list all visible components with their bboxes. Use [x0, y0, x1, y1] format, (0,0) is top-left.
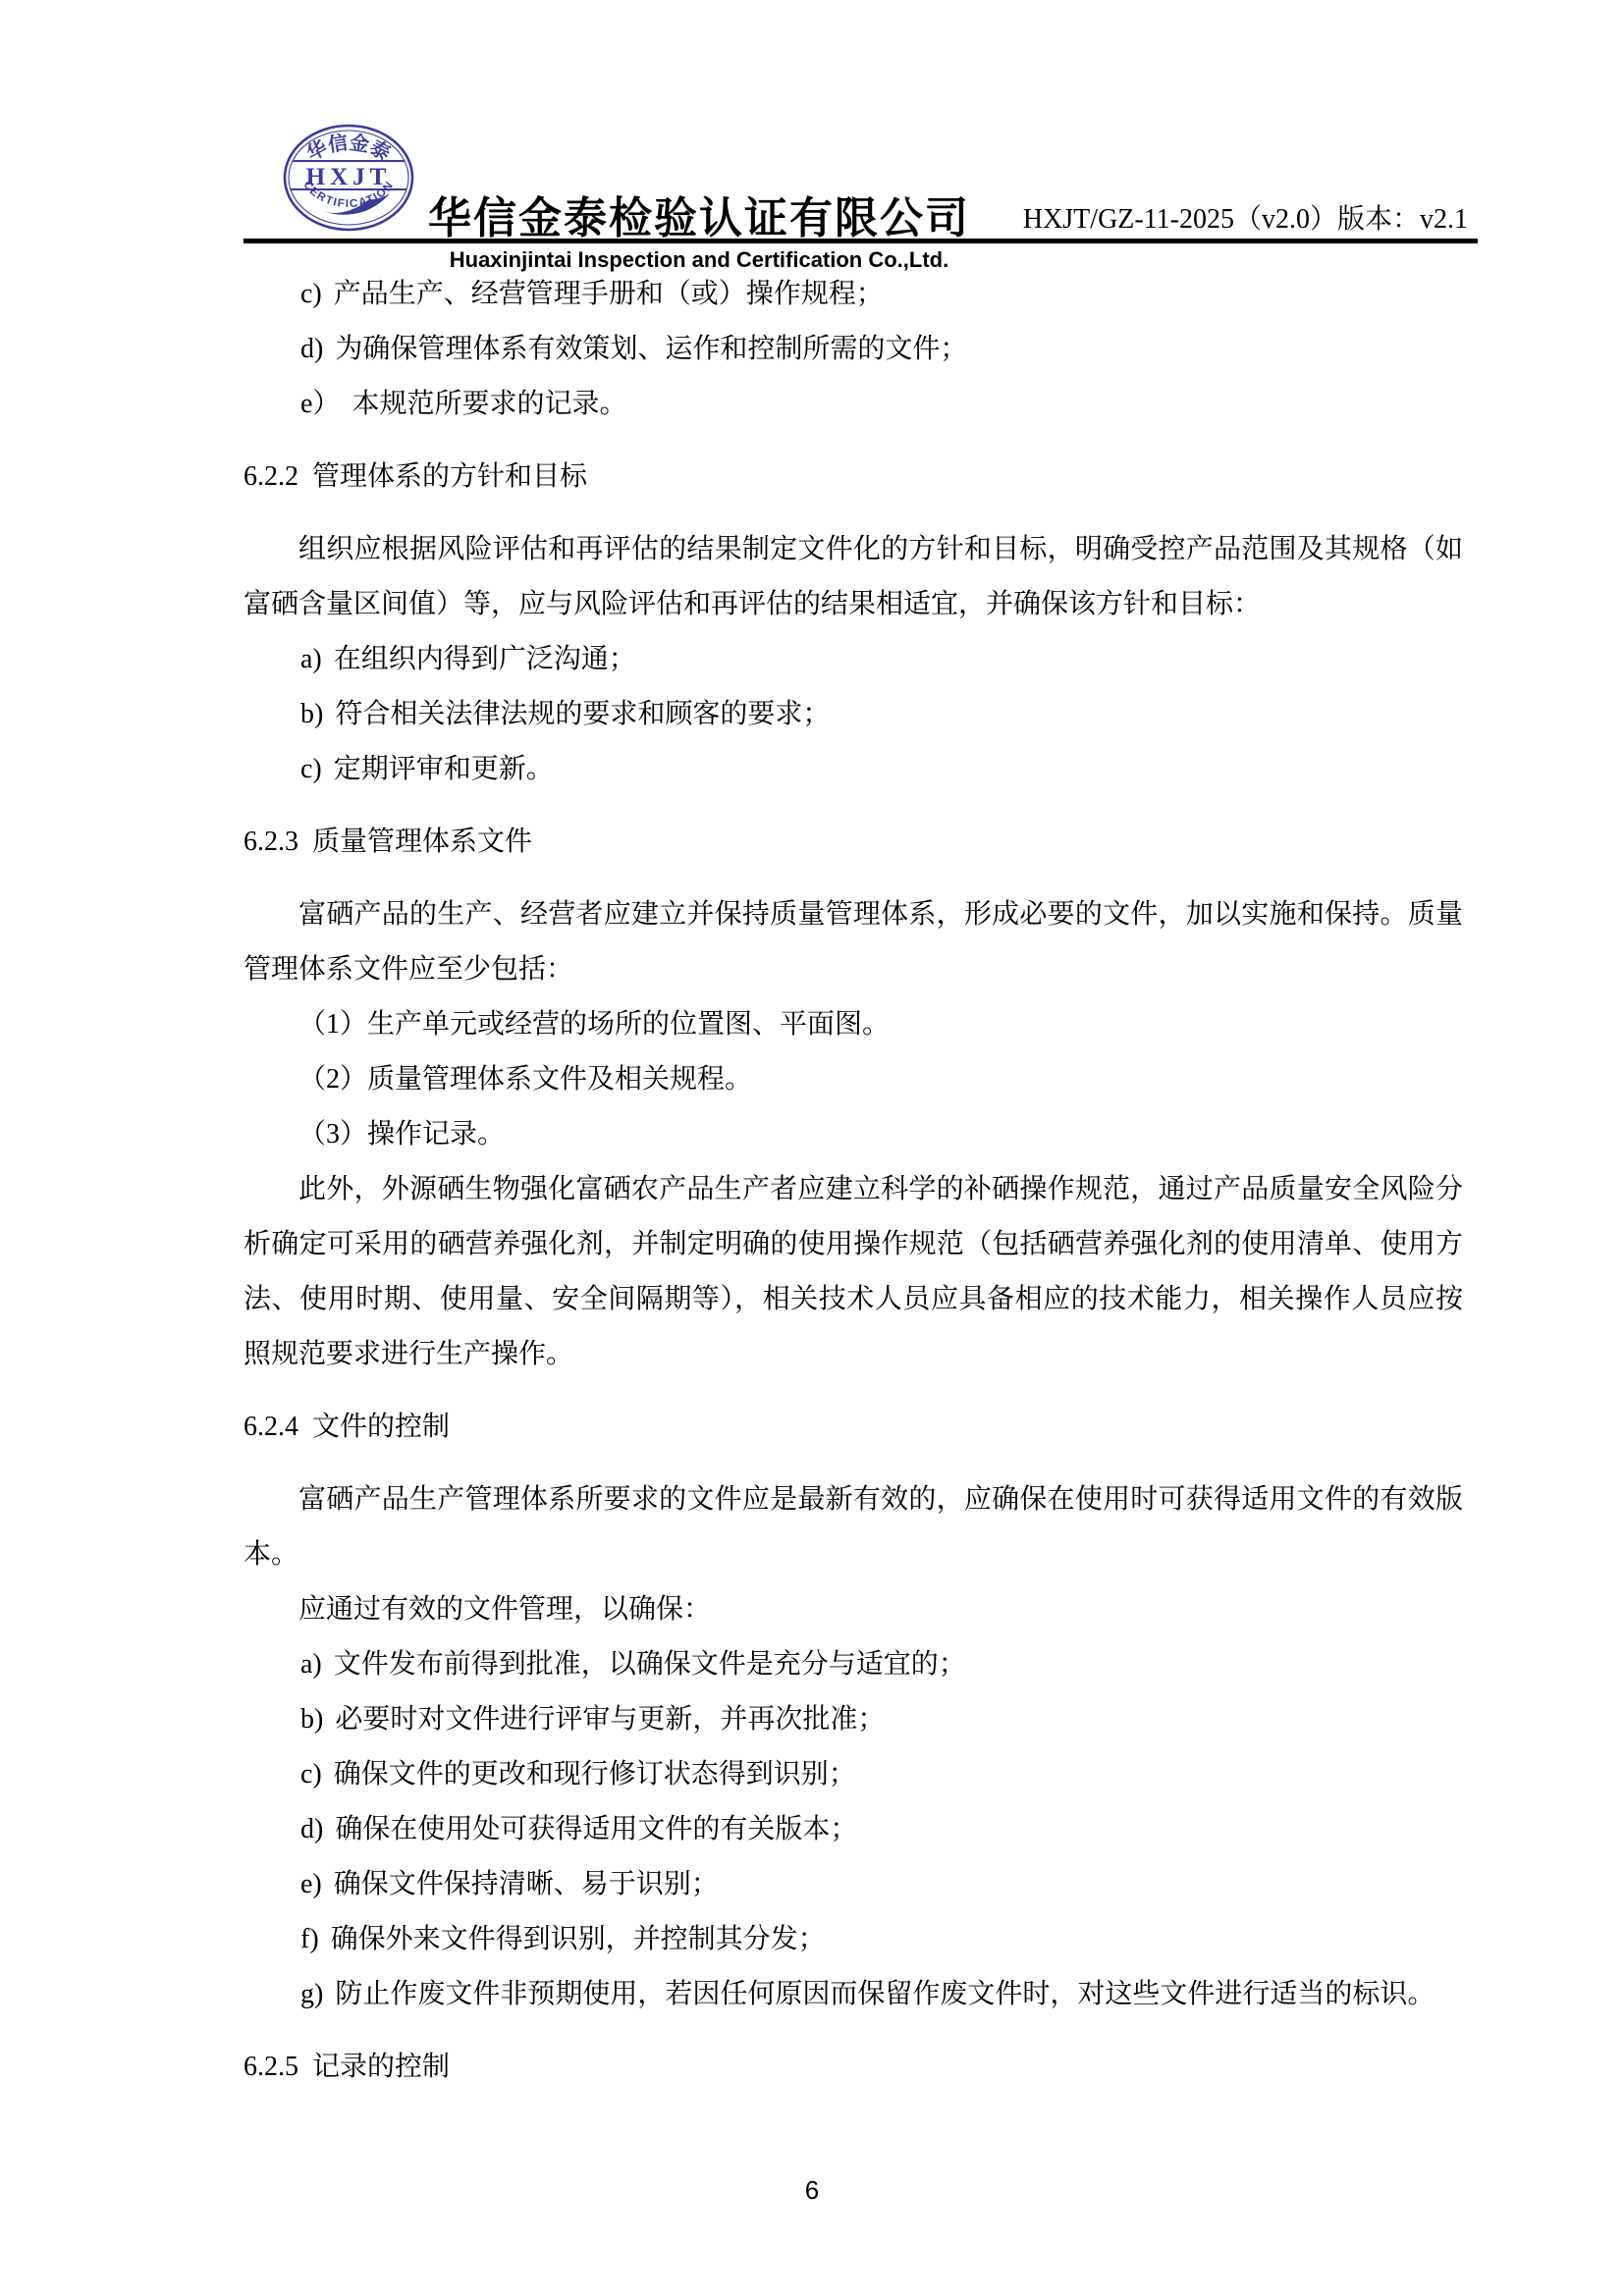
item-text: 防止作废文件非预期使用，若因任何原因而保留作废文件时，对这些文件进行适当的标识。: [335, 1979, 1435, 2009]
company-logo: 华信金泰 HXJT CERTIFICATION: [283, 124, 414, 232]
list-item: b)符合相关法律法规的要求和顾客的要求；: [244, 687, 1463, 742]
list-item: e）本规范所要求的记录。: [244, 377, 1463, 432]
doc-number: HXJT/GZ-11-2025（v2.0）版本：v2.1: [1023, 197, 1468, 237]
item-label: c): [300, 1759, 322, 1789]
section-number: 6.2.2: [244, 461, 298, 492]
item-label: e): [300, 1869, 322, 1899]
paragraph-text: 富硒产品的生产、经营者应建立并保持质量管理体系，形成必要的文件，加以实施和保持。…: [244, 899, 1463, 985]
section-number: 6.2.3: [244, 827, 298, 857]
item-text: 操作记录。: [367, 1119, 505, 1149]
list-item: c)产品生产、经营管理手册和（或）操作规程；: [244, 267, 1463, 322]
list-item: d)确保在使用处可获得适用文件的有关版本；: [244, 1802, 1463, 1857]
item-text: 在组织内得到广泛沟通；: [334, 644, 636, 674]
paragraph: 此外，外源硒生物强化富硒农产品生产者应建立科学的补硒操作规范，通过产品质量安全风…: [244, 1162, 1463, 1382]
list-item: a)文件发布前得到批准，以确保文件是充分与适宜的；: [244, 1637, 1463, 1692]
section-heading: 6.2.4文件的控制: [244, 1400, 1463, 1455]
header-divider: [244, 239, 1478, 243]
item-label: f): [300, 1924, 319, 1954]
list-item: a)在组织内得到广泛沟通；: [244, 632, 1463, 687]
item-label: b): [300, 1704, 323, 1735]
item-label: （3）: [298, 1119, 367, 1149]
item-text: 必要时对文件进行评审与更新，并再次批准；: [335, 1704, 885, 1735]
item-label: e）: [300, 389, 340, 419]
item-label: g): [300, 1979, 323, 2009]
sub-item: （2）质量管理体系文件及相关规程。: [244, 1052, 1463, 1107]
document-body: c)产品生产、经营管理手册和（或）操作规程；d)为确保管理体系有效策划、运作和控…: [244, 267, 1463, 2112]
item-text: 本规范所要求的记录。: [352, 389, 626, 419]
company-name-cn: 华信金泰检验认证有限公司: [428, 183, 970, 245]
item-text: 确保文件的更改和现行修订状态得到识别；: [334, 1759, 856, 1789]
item-text: 确保文件保持清晰、易于识别；: [334, 1869, 719, 1899]
item-text: 定期评审和更新。: [334, 754, 554, 784]
list-item: d)为确保管理体系有效策划、运作和控制所需的文件；: [244, 322, 1463, 377]
list-item: g)防止作废文件非预期使用，若因任何原因而保留作废文件时，对这些文件进行适当的标…: [244, 1967, 1463, 2022]
item-label: d): [300, 334, 323, 364]
paragraph-text: 组织应根据风险评估和再评估的结果制定文件化的方针和目标，明确受控产品范围及其规格…: [244, 534, 1463, 619]
section-title: 记录的控制: [312, 2052, 450, 2082]
list-item: e)确保文件保持清晰、易于识别；: [244, 1857, 1463, 1912]
item-text: 质量管理体系文件及相关规程。: [367, 1064, 752, 1095]
item-text: 确保在使用处可获得适用文件的有关版本；: [335, 1814, 857, 1844]
item-label: （1）: [298, 1009, 367, 1040]
item-label: b): [300, 699, 323, 729]
item-text: 文件发布前得到批准，以确保文件是充分与适宜的；: [334, 1649, 966, 1680]
paragraph: 应通过有效的文件管理，以确保：: [244, 1582, 1463, 1637]
item-label: c): [300, 754, 322, 784]
company-seal-icon: 华信金泰 HXJT CERTIFICATION: [283, 124, 414, 232]
sub-item: （1）生产单元或经营的场所的位置图、平面图。: [244, 997, 1463, 1052]
section-number: 6.2.5: [244, 2052, 298, 2082]
list-item: f)确保外来文件得到识别，并控制其分发；: [244, 1912, 1463, 1967]
item-label: a): [300, 644, 322, 674]
paragraph: 组织应根据风险评估和再评估的结果制定文件化的方针和目标，明确受控产品范围及其规格…: [244, 522, 1463, 632]
item-text: 符合相关法律法规的要求和顾客的要求；: [335, 699, 830, 729]
paragraph: 富硒产品的生产、经营者应建立并保持质量管理体系，形成必要的文件，加以实施和保持。…: [244, 887, 1463, 997]
item-text: 为确保管理体系有效策划、运作和控制所需的文件；: [335, 334, 967, 364]
section-heading: 6.2.2管理体系的方针和目标: [244, 450, 1463, 505]
section-number: 6.2.4: [244, 1412, 298, 1442]
page-number: 6: [0, 2175, 1624, 2206]
section-title: 文件的控制: [312, 1412, 450, 1442]
item-label: d): [300, 1814, 323, 1844]
paragraph-text: 应通过有效的文件管理，以确保：: [298, 1594, 711, 1625]
logo-acronym: HXJT: [306, 164, 392, 190]
list-item: c)定期评审和更新。: [244, 742, 1463, 797]
item-label: a): [300, 1649, 322, 1680]
list-item: b)必要时对文件进行评审与更新，并再次批准；: [244, 1692, 1463, 1747]
sub-item: （3）操作记录。: [244, 1107, 1463, 1162]
section-heading: 6.2.5记录的控制: [244, 2040, 1463, 2095]
item-label: （2）: [298, 1064, 367, 1095]
section-heading: 6.2.3质量管理体系文件: [244, 815, 1463, 870]
list-item: c)确保文件的更改和现行修订状态得到识别；: [244, 1747, 1463, 1802]
item-text: 生产单元或经营的场所的位置图、平面图。: [367, 1009, 890, 1040]
paragraph: 富硒产品生产管理体系所要求的文件应是最新有效的，应确保在使用时可获得适用文件的有…: [244, 1472, 1463, 1582]
section-title: 管理体系的方针和目标: [312, 461, 587, 492]
item-text: 产品生产、经营管理手册和（或）操作规程；: [334, 279, 884, 309]
section-title: 质量管理体系文件: [312, 827, 532, 857]
item-label: c): [300, 279, 322, 309]
item-text: 确保外来文件得到识别，并控制其分发；: [331, 1924, 826, 1954]
document-page: 华信金泰 HXJT CERTIFICATION 华信金泰检验认证有限公司 HXJ…: [0, 0, 1624, 2296]
paragraph-text: 富硒产品生产管理体系所要求的文件应是最新有效的，应确保在使用时可获得适用文件的有…: [244, 1484, 1463, 1570]
paragraph-text: 此外，外源硒生物强化富硒农产品生产者应建立科学的补硒操作规范，通过产品质量安全风…: [244, 1174, 1463, 1369]
